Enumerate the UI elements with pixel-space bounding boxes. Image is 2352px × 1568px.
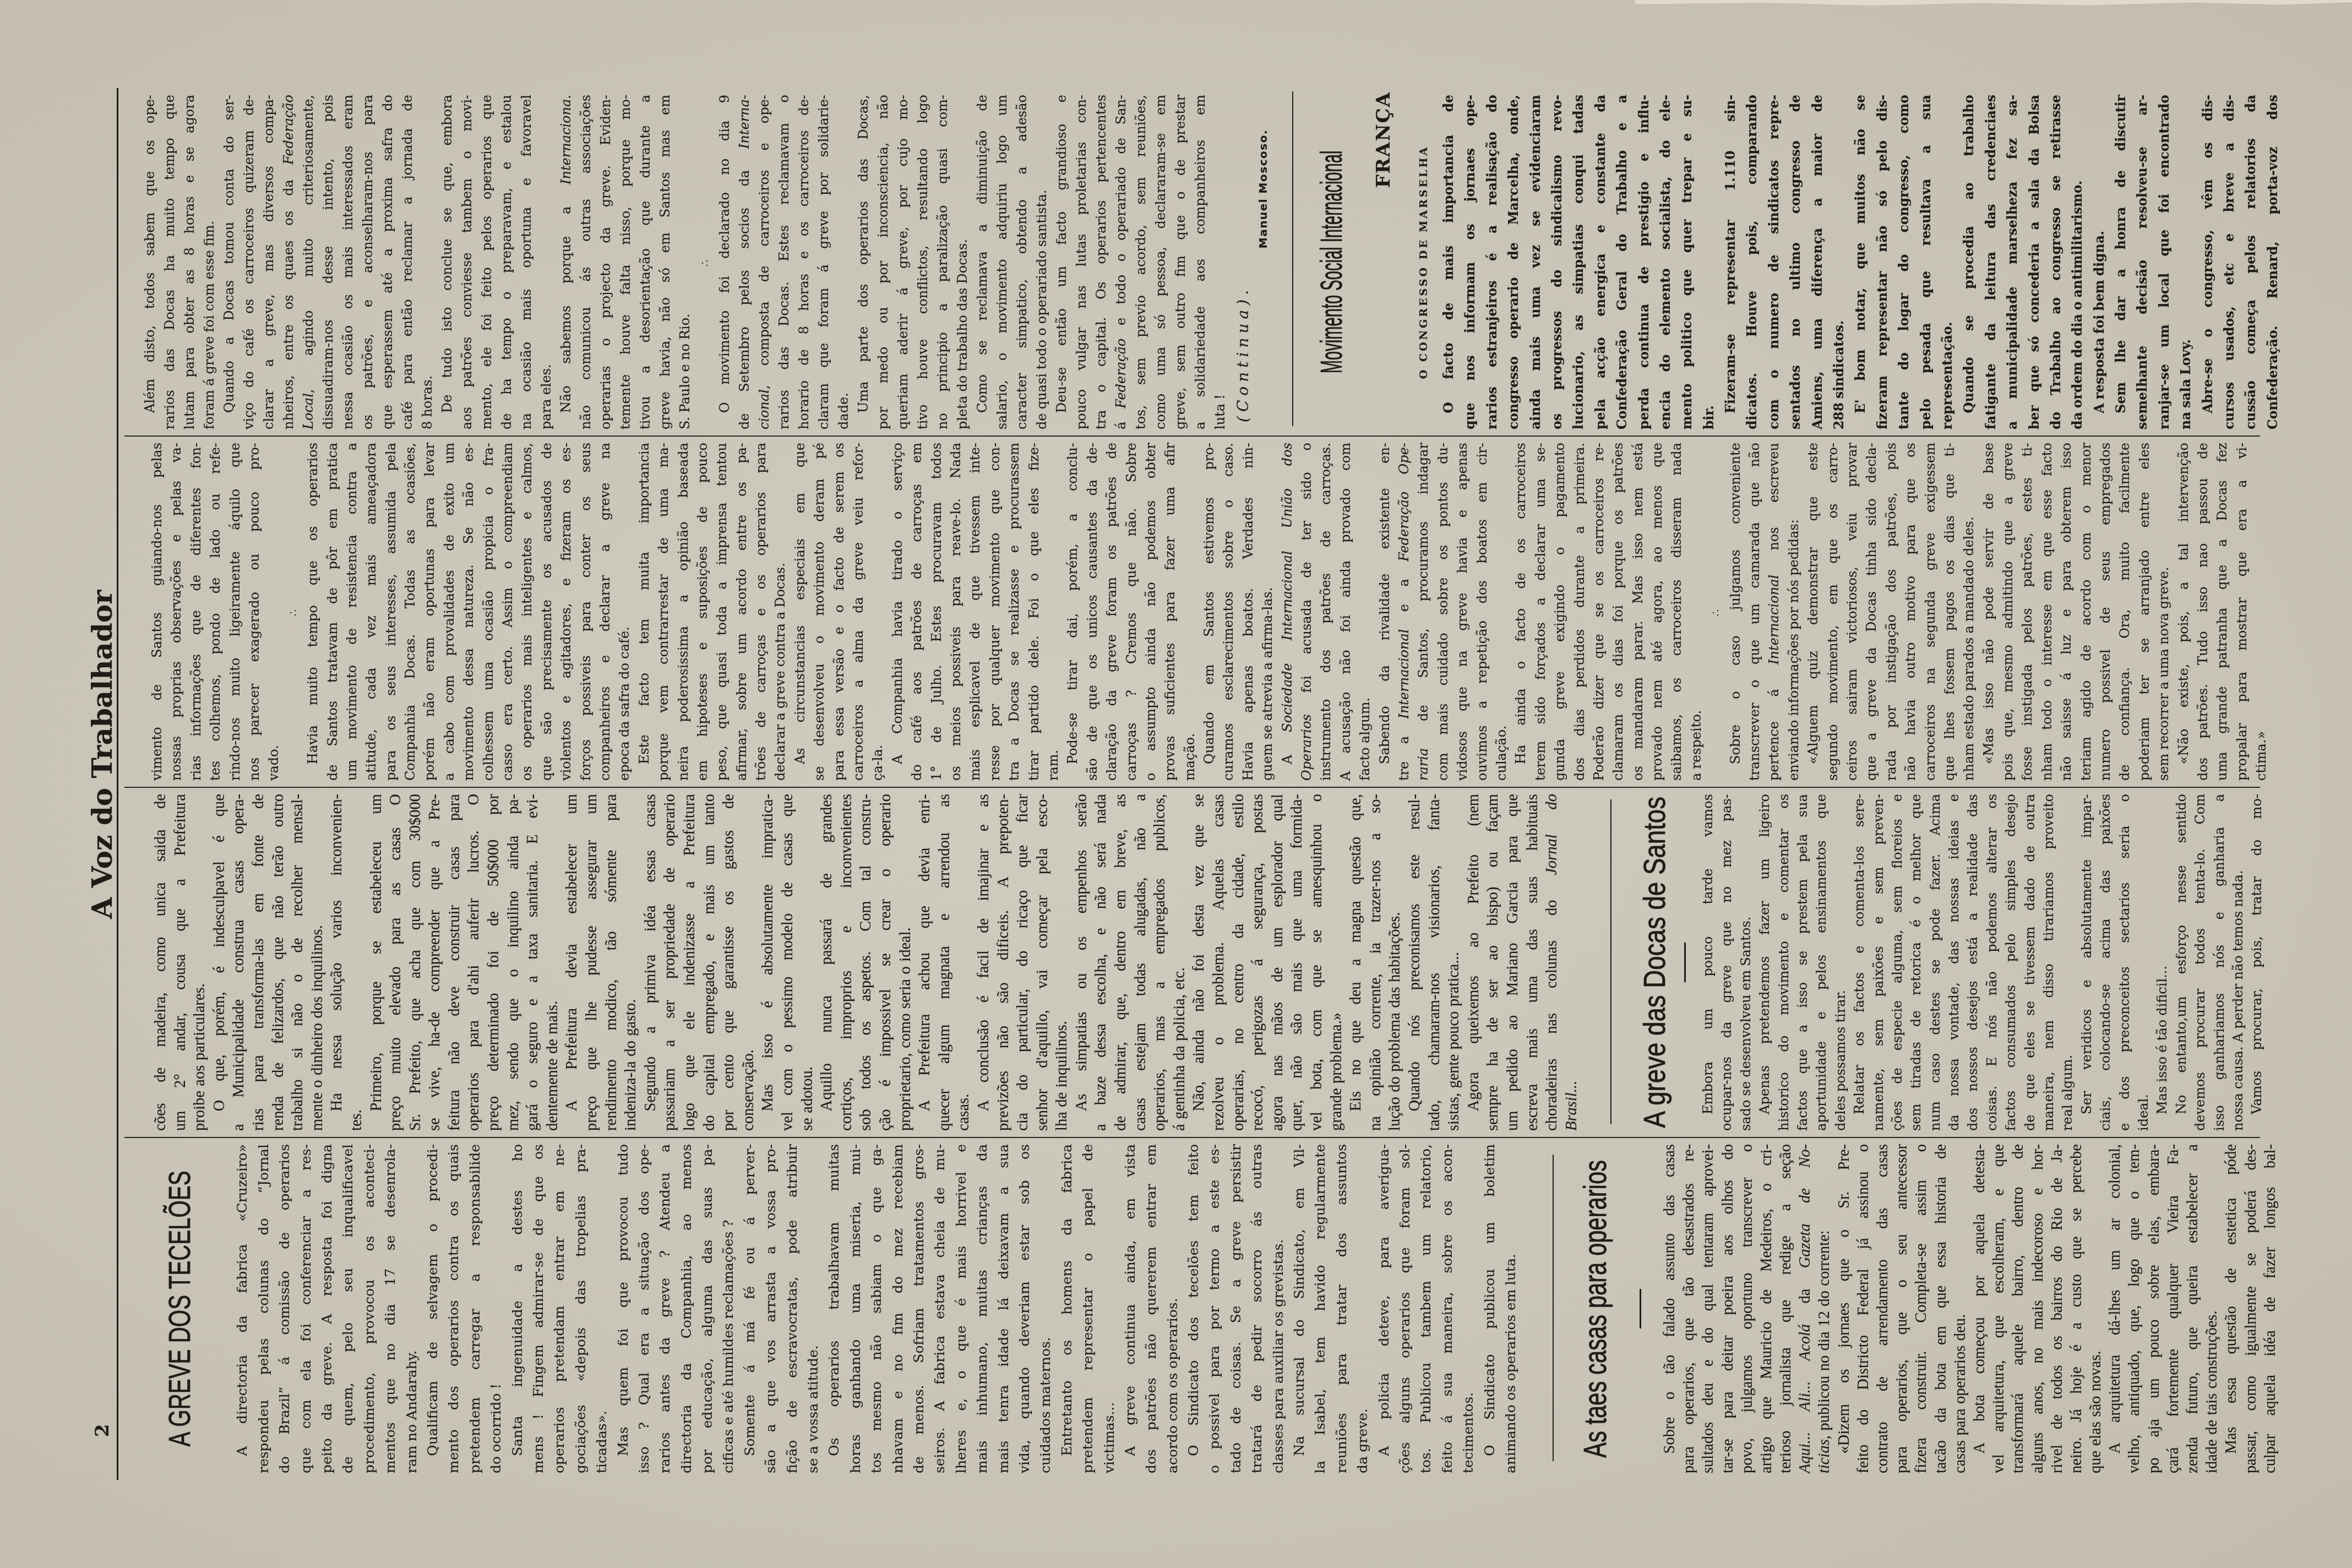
word: refor- — [851, 443, 866, 481]
word: mais — [1528, 336, 1543, 371]
word: estetica — [2223, 1198, 2240, 1245]
word: e — [756, 143, 772, 150]
word: de — [2022, 1114, 2038, 1131]
word: todo — [1034, 340, 1049, 369]
word: foi — [717, 276, 732, 293]
text-line: oassumptoaindanãopodemosobter — [1141, 443, 1160, 781]
word: assim — [1913, 1180, 1930, 1216]
word: diferentes — [188, 488, 204, 556]
word: transformará — [2010, 1393, 2027, 1473]
word: de — [1636, 266, 1652, 284]
word: crear — [877, 899, 895, 930]
word: que — [1680, 1318, 1698, 1341]
word: que — [479, 95, 494, 119]
word: horas — [847, 1434, 863, 1473]
word: pouco — [1445, 1011, 1463, 1050]
word: de — [1299, 562, 1314, 578]
text-line: paraeles. — [536, 95, 556, 429]
word: influ- — [1636, 95, 1652, 133]
word: tar-se — [1719, 1439, 1737, 1473]
word: elas — [2087, 1422, 2105, 1446]
word: que — [583, 1047, 601, 1070]
word: greve — [657, 391, 673, 429]
word: transforma-las — [250, 938, 268, 1029]
text-line: feituranãodeveconstruircasaspara — [445, 794, 465, 1131]
word: pelo — [1875, 140, 1890, 171]
text-line: poisque,mesmoadmitindoqueagreve — [1998, 443, 2017, 781]
word: fatigante — [1983, 363, 1999, 429]
word: carroceiros — [796, 130, 812, 207]
word: operarios — [856, 201, 871, 265]
text-line: respondeupelascolunasdo“Jornal — [253, 1144, 274, 1473]
word: que — [1758, 1397, 1776, 1419]
word: construções. — [2203, 1310, 2221, 1389]
word: Mas — [1630, 576, 1646, 604]
word: rivel — [2049, 1445, 2066, 1473]
word: nossas — [1946, 878, 1962, 922]
word: ctima.» — [2253, 731, 2269, 781]
word: o — [2078, 505, 2094, 513]
word: exigindo — [1552, 585, 1567, 642]
word: problema.» — [1328, 1012, 1346, 1084]
word: ocasião — [481, 591, 496, 641]
word: adotou. — [799, 1066, 816, 1113]
word: nham — [2039, 743, 2055, 781]
word: unicos — [1085, 595, 1100, 638]
word: baseada — [676, 443, 691, 498]
word: instrumento — [1318, 699, 1333, 781]
word: movimento — [461, 706, 476, 781]
word: o — [1758, 1183, 1776, 1191]
text-line: doBrazil”ácomissãodeoperarios — [274, 1144, 295, 1473]
word: trepar — [1679, 157, 1695, 203]
word: forçados — [1533, 622, 1548, 680]
word: de — [276, 1232, 292, 1249]
word: tudo — [615, 1144, 631, 1175]
word: Districto — [1855, 1335, 1872, 1390]
word: á — [1766, 689, 1782, 696]
word: cia — [1014, 1113, 1032, 1131]
text-line: opossivelparaportermoaestees- — [1204, 1144, 1225, 1473]
text-line: berquesóconcederiaasaladaBolsa — [2023, 95, 2045, 429]
word: importancia — [636, 443, 652, 524]
word: um — [1054, 266, 1069, 287]
word: isso — [2212, 1105, 2227, 1131]
word: sabemos — [558, 306, 574, 364]
word: Prefeitura — [681, 794, 699, 856]
word: con- — [1074, 95, 1089, 123]
word: forços — [578, 739, 594, 781]
text-line: danossavontade,dasnossasideiase — [1945, 794, 1963, 1131]
word: podemos — [1984, 892, 2000, 952]
word: Apenas — [1757, 1065, 1772, 1114]
section-rule — [1292, 91, 1293, 426]
word: possivel — [1206, 1393, 1222, 1450]
word: foi — [319, 1201, 335, 1218]
word: logo — [994, 135, 1010, 164]
text-line: NãosabemosporqueaInternaciona. — [556, 95, 576, 429]
word: habituais — [1524, 794, 1542, 851]
word: vimento — [149, 727, 165, 781]
word: pode — [784, 1220, 800, 1254]
word: todo — [1113, 275, 1129, 304]
word: casas — [779, 833, 797, 866]
word: tratar — [2249, 876, 2264, 916]
word: d'ahi — [465, 965, 483, 995]
word: á — [742, 1217, 758, 1225]
word: do — [909, 764, 924, 781]
word: outra — [2022, 794, 2038, 830]
word: do — [1776, 1036, 1792, 1052]
word: arquitetura — [2106, 1355, 2124, 1423]
word: segundo — [1825, 724, 1841, 781]
word: antiquado, — [2126, 1350, 2143, 1416]
word: directoria — [678, 1404, 694, 1473]
word: os — [1903, 443, 1918, 458]
word: Prefeitura — [172, 794, 189, 856]
word: dos — [309, 997, 326, 1019]
text-line: traaDocasserealizasseeprocurassem — [1004, 443, 1023, 781]
word: boletim — [1482, 1144, 1498, 1197]
word: conservação. — [740, 1049, 758, 1131]
text-line: poreducação,algumadassuaspa- — [696, 1144, 717, 1473]
word: de — [250, 794, 268, 809]
word: devia — [563, 944, 581, 978]
word: os — [360, 415, 375, 429]
word: onde, — [1506, 95, 1521, 134]
word: da — [2243, 95, 2258, 112]
word: em — [909, 443, 924, 463]
text-line: poderiamtersearranjadoentreeles — [2135, 443, 2154, 781]
word: muito — [162, 198, 177, 237]
word: o — [1739, 1144, 1756, 1152]
word: resultando — [915, 149, 930, 220]
word: e — [1006, 545, 1022, 553]
word: e — [1054, 95, 1069, 102]
text-line: enviandoinformaçõespornóspedidas: — [1784, 443, 1803, 781]
word: e — [1593, 225, 1608, 233]
word: encia — [1658, 391, 1673, 430]
text-line: feitoásuamaneira,sobreosacon- — [1436, 1144, 1457, 1473]
text-line: umagrandepatranhaqueaDocasfez — [2213, 443, 2232, 781]
text-line: Apenaspretendemosfazerumligeiro — [1755, 794, 1774, 1131]
article-body-greve-dos-teceloes: Adirectoriadafabrica«Cruzeiro»respondeup… — [232, 1144, 1521, 1473]
word: povo, — [1739, 1438, 1756, 1473]
word: tambem — [459, 178, 475, 233]
text-line: Ofactodemaisimportanciade — [1438, 95, 1459, 429]
text-line: luçãodoproblemadashabitações. — [1386, 794, 1406, 1131]
word: Docas — [1864, 591, 1879, 632]
word: ocupar-nos — [1719, 1057, 1734, 1131]
country-heading: FRANÇA — [1371, 91, 1396, 429]
word: nos — [1462, 355, 1478, 380]
word: que — [1719, 922, 1734, 946]
word: greve — [851, 542, 866, 580]
word: por — [699, 1450, 715, 1473]
word: No — [2174, 1095, 2189, 1114]
text-line: proibeaosparticulares. — [190, 794, 210, 1131]
word: discutir — [2113, 95, 2128, 151]
word: não — [1903, 756, 1918, 781]
word: fon- — [188, 443, 204, 469]
word: veiu — [851, 497, 866, 525]
word: greve — [202, 336, 217, 374]
word: Gazeta — [1796, 1223, 1814, 1268]
word: eles — [2022, 1031, 2038, 1058]
word: houve — [915, 339, 930, 379]
word: ou — [1073, 973, 1091, 989]
word: isso — [759, 1034, 777, 1058]
word: grevistas. — [1270, 1239, 1286, 1307]
text-line: Ascircunstanciasespeciaisemque — [790, 443, 809, 781]
word: feito — [479, 267, 494, 297]
word: de — [1085, 726, 1100, 742]
word: Verdades — [1240, 497, 1256, 559]
word: horrivel — [953, 1172, 969, 1227]
word: tivessem — [967, 495, 983, 554]
word: os — [734, 482, 749, 497]
word: 2° — [172, 1074, 189, 1088]
word: é — [953, 1298, 969, 1306]
word: de — [340, 1456, 356, 1473]
word: não — [2230, 955, 2246, 979]
word: culação. — [1494, 726, 1509, 781]
word: foram — [816, 288, 831, 328]
word: sobre — [1435, 578, 1451, 615]
word: natureza. — [461, 564, 476, 628]
word: colunas — [255, 1260, 271, 1314]
word: o — [2200, 329, 2215, 337]
word: pro- — [763, 1144, 778, 1172]
word: á — [1113, 422, 1129, 429]
word: de — [1318, 531, 1333, 547]
word: ! — [488, 1384, 504, 1389]
word: porém — [422, 738, 437, 781]
word: facto — [636, 673, 652, 706]
word: saibamos, — [1669, 714, 1684, 781]
word: cousa — [172, 954, 189, 990]
word: na — [1455, 651, 1470, 667]
text-line: Estefactotemmuitaimportancia — [634, 443, 654, 781]
word: desorientação — [638, 248, 653, 342]
word: um — [2106, 1250, 2124, 1270]
text-line: 288sindicatos. — [1828, 95, 1849, 429]
word: outro — [1903, 643, 1918, 678]
word: a — [1965, 913, 1980, 921]
text-line: lhadeinquilinos. — [1053, 794, 1072, 1131]
word: pois — [1883, 443, 1899, 470]
word: Ser — [2079, 1091, 2094, 1114]
word: seria — [2117, 826, 2132, 859]
text-line: nheiros,entreosquaesosdaFederação — [279, 95, 298, 429]
word: e — [1614, 123, 1630, 131]
text-line: seiros.Afabricaestavacheiademu- — [929, 1144, 950, 1473]
word: educação, — [699, 1358, 715, 1429]
word: e — [1396, 604, 1412, 612]
word: ainda — [1190, 1030, 1208, 1064]
word: de — [1053, 1092, 1071, 1107]
text-line: demenos.Sofriamtratamentosgros- — [908, 1144, 929, 1473]
word: dessa — [461, 648, 476, 686]
word: pedido — [1504, 1049, 1522, 1092]
word: tem — [636, 619, 652, 645]
word: a — [400, 197, 415, 204]
word: qual — [1700, 1284, 1717, 1311]
word: dia — [717, 121, 732, 141]
word: se — [426, 1118, 444, 1131]
word: não — [868, 1335, 884, 1360]
word: quizeram — [241, 130, 257, 193]
word: das — [1983, 204, 1999, 228]
text-line: Vamosprocurar,pois,tratardomo- — [2247, 794, 2266, 1131]
word: ceiros — [1844, 740, 1860, 781]
word: mentos — [382, 1422, 398, 1473]
word: da — [1085, 480, 1100, 496]
word: Acolá — [1796, 1324, 1814, 1360]
word: com — [298, 1400, 314, 1429]
text-line: indeniza-ladogasto. — [621, 794, 641, 1131]
text-line: ceirossairamvictoriosos,veiuprovar — [1842, 443, 1861, 781]
word: tropelias — [573, 1196, 589, 1257]
newspaper-page: 2 A Voz do Trabalhador A GREVE DOS TECEL… — [0, 0, 2352, 1568]
word: a — [230, 1124, 248, 1131]
text-line: 1°deJulho.Estesprocuravamtodos — [927, 443, 946, 781]
word: vai — [1034, 970, 1052, 989]
word: imprensa — [714, 503, 729, 565]
word: bispo) — [1484, 887, 1502, 926]
text-line: representação. — [1936, 95, 1958, 429]
word: isso — [1630, 533, 1646, 559]
word: simples — [2003, 860, 2018, 911]
text-line: áFederaçãoetodoooperariadodeSan- — [1111, 95, 1131, 429]
word: a — [380, 248, 395, 256]
word: se — [1591, 602, 1607, 617]
word: resolveu-se — [2135, 146, 2150, 228]
word: concederia — [2027, 243, 2042, 323]
word: representar — [1723, 220, 1738, 305]
word: modico, — [603, 979, 620, 1031]
word: em — [657, 95, 673, 115]
word: carroceiros — [241, 208, 257, 284]
text-line: ranjar-seumlocalquefoiencontrado — [2153, 95, 2175, 429]
word: a — [1132, 794, 1150, 801]
word: de — [1269, 967, 1287, 982]
word: ocasião — [340, 325, 356, 375]
word: certo. — [500, 646, 515, 684]
word: se — [877, 953, 895, 966]
word: sempre — [1484, 1086, 1502, 1131]
word: pôr — [325, 547, 340, 569]
word: estes — [2019, 477, 2035, 512]
text-line: ticias,publicounodia12docorrente: — [1815, 1144, 1834, 1473]
word: sairam — [1844, 669, 1860, 715]
word: seção — [1777, 1144, 1795, 1179]
word: a — [1193, 422, 1208, 429]
word: Sr. — [1836, 1191, 1853, 1208]
word: aos — [1193, 259, 1208, 281]
word: responsabilide — [467, 1144, 483, 1246]
word: absolutamente — [759, 884, 777, 975]
word: Internaciona. — [558, 95, 574, 184]
word: esse — [202, 250, 217, 279]
column-2: cõesdemadeira,comounicasaidadeum2°andar,… — [0, 787, 2352, 1137]
text-line: paraoperarios,quetãodesastradosre- — [1680, 1144, 1699, 1473]
word: sob — [1016, 1180, 1032, 1205]
word: Companhia — [890, 658, 905, 734]
word: greve. — [2156, 567, 2171, 609]
word: anos, — [2029, 1381, 2047, 1414]
word: nisso, — [618, 206, 633, 245]
word: pois, — [1744, 221, 1760, 255]
article-body-congresso-marselha: Ofactodemaisimportanciadequenosinformamo… — [1438, 95, 2283, 429]
word: rivalidade — [1377, 574, 1392, 641]
word: destes — [509, 1190, 525, 1235]
word: se — [182, 147, 197, 162]
word: café — [909, 715, 924, 743]
word: fé — [742, 1286, 758, 1299]
word: era — [500, 703, 515, 725]
word: Deu-se — [1054, 367, 1069, 413]
text-line: tescolhemos,pondodeladoourefe- — [205, 443, 225, 781]
word: os — [383, 716, 399, 731]
word: todos — [2049, 1365, 2066, 1399]
text-line: nãosaisseáluzeparaobteremisso — [2057, 443, 2076, 781]
word: á — [1171, 1124, 1189, 1131]
word: casas — [1952, 1440, 1969, 1473]
text-line: CompanhiaDocas.Todasasocasiões, — [400, 443, 420, 781]
word: nossas — [168, 736, 184, 781]
word: sem — [1133, 358, 1148, 385]
word: os — [1669, 678, 1684, 693]
word: tarde — [1700, 869, 1716, 905]
word: A — [319, 1314, 335, 1324]
word: os — [1630, 766, 1646, 781]
word: da — [678, 1363, 694, 1380]
word: Relatar — [1852, 1065, 1867, 1114]
word: quaes — [281, 241, 296, 280]
word: tanto — [701, 794, 718, 825]
word: mação. — [1182, 733, 1197, 781]
word: de — [1796, 1188, 1814, 1203]
word: notar, — [1853, 288, 1868, 331]
word: Primeiro, — [368, 1053, 385, 1112]
word: um — [368, 794, 385, 814]
text-line: factosconsumadospelosimplesdesejo — [2001, 794, 2020, 1131]
word: que, — [439, 162, 455, 192]
word: E' — [1853, 400, 1868, 413]
word: que — [2126, 1218, 2143, 1240]
word: não — [1747, 443, 1762, 467]
word: e — [558, 578, 574, 586]
word: cento — [720, 1054, 738, 1088]
word: uma — [1153, 347, 1168, 376]
text-line: «Masissonãopodeservirdebase — [1979, 443, 1998, 781]
word: tudo — [439, 348, 455, 378]
text-line: Brasil... — [1562, 794, 1582, 1131]
word: os — [753, 575, 769, 590]
text-line: numeropossiveldeseusempregados — [2095, 443, 2115, 781]
word: de- — [1085, 443, 1100, 464]
text-line: quer,nãosãomaisqueumaformida- — [1288, 794, 1308, 1131]
word: estalou — [499, 95, 514, 143]
word: Docas — [221, 280, 237, 321]
text-line: passariamaserpropriedadedeoperario — [661, 794, 680, 1131]
word: que — [1836, 1259, 1853, 1281]
word: evi- — [524, 794, 542, 818]
word: é — [1908, 919, 1924, 927]
word: todos — [142, 273, 157, 309]
word: por — [720, 1110, 738, 1131]
